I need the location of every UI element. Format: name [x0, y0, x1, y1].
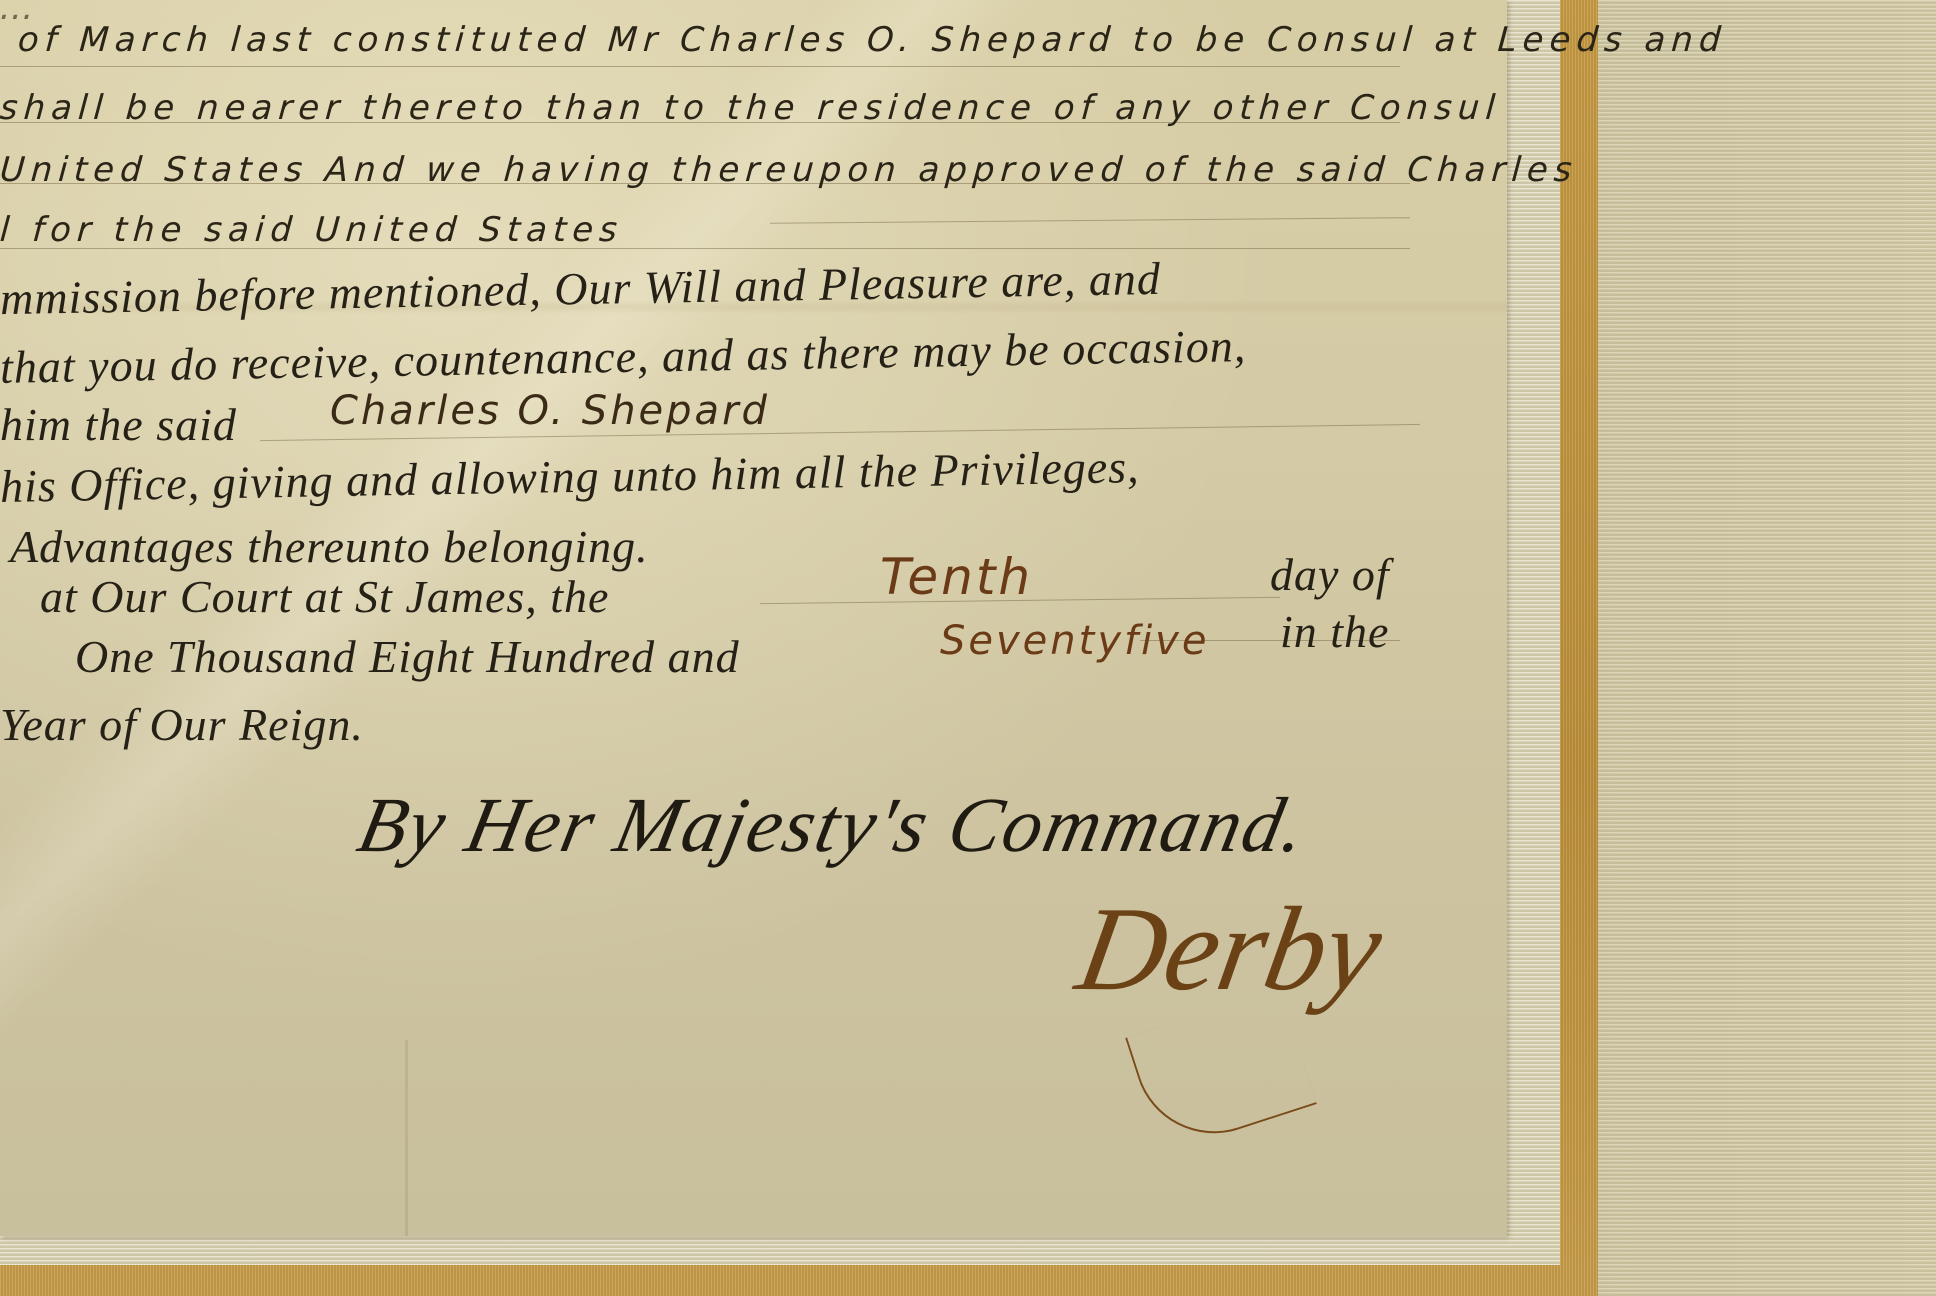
handwritten-line-1: of March last constituted Mr Charles O. …	[17, 20, 1728, 60]
engraved-line-10: Year of Our Reign.	[0, 698, 364, 751]
engraved-line-2: that you do receive, countenance, and as…	[0, 319, 1247, 394]
engraved-line-1: mmission before mentioned, Our Will and …	[0, 252, 1161, 325]
engraved-line-9: in the	[1280, 605, 1389, 658]
signature: Derby	[1068, 880, 1392, 1018]
closing-command: By Her Majesty's Command.	[350, 780, 1315, 870]
handwritten-line-2: shall be nearer thereto than to the resi…	[0, 88, 1502, 128]
handwritten-line-4: l for the said United States	[0, 210, 624, 250]
filled-year: Seventyfive	[940, 618, 1209, 664]
engraved-line-3: him the said	[0, 398, 237, 451]
document-paper: … of March last constituted Mr Charles O…	[0, 0, 1507, 1236]
engraved-line-5: Advantages thereunto belonging.	[10, 520, 649, 573]
handwritten-line-3: United States And we having thereupon ap…	[0, 150, 1579, 190]
paper-crease	[405, 1040, 408, 1236]
ruled-line	[770, 217, 1410, 224]
filled-day: Tenth	[880, 548, 1033, 606]
engraved-line-6: at Our Court at St James, the	[40, 570, 609, 623]
ruled-line	[0, 66, 1400, 67]
engraved-line-7: day of	[1270, 548, 1390, 601]
filled-name: Charles O. Shepard	[330, 388, 770, 434]
engraved-line-8: One Thousand Eight Hundred and	[75, 630, 740, 683]
